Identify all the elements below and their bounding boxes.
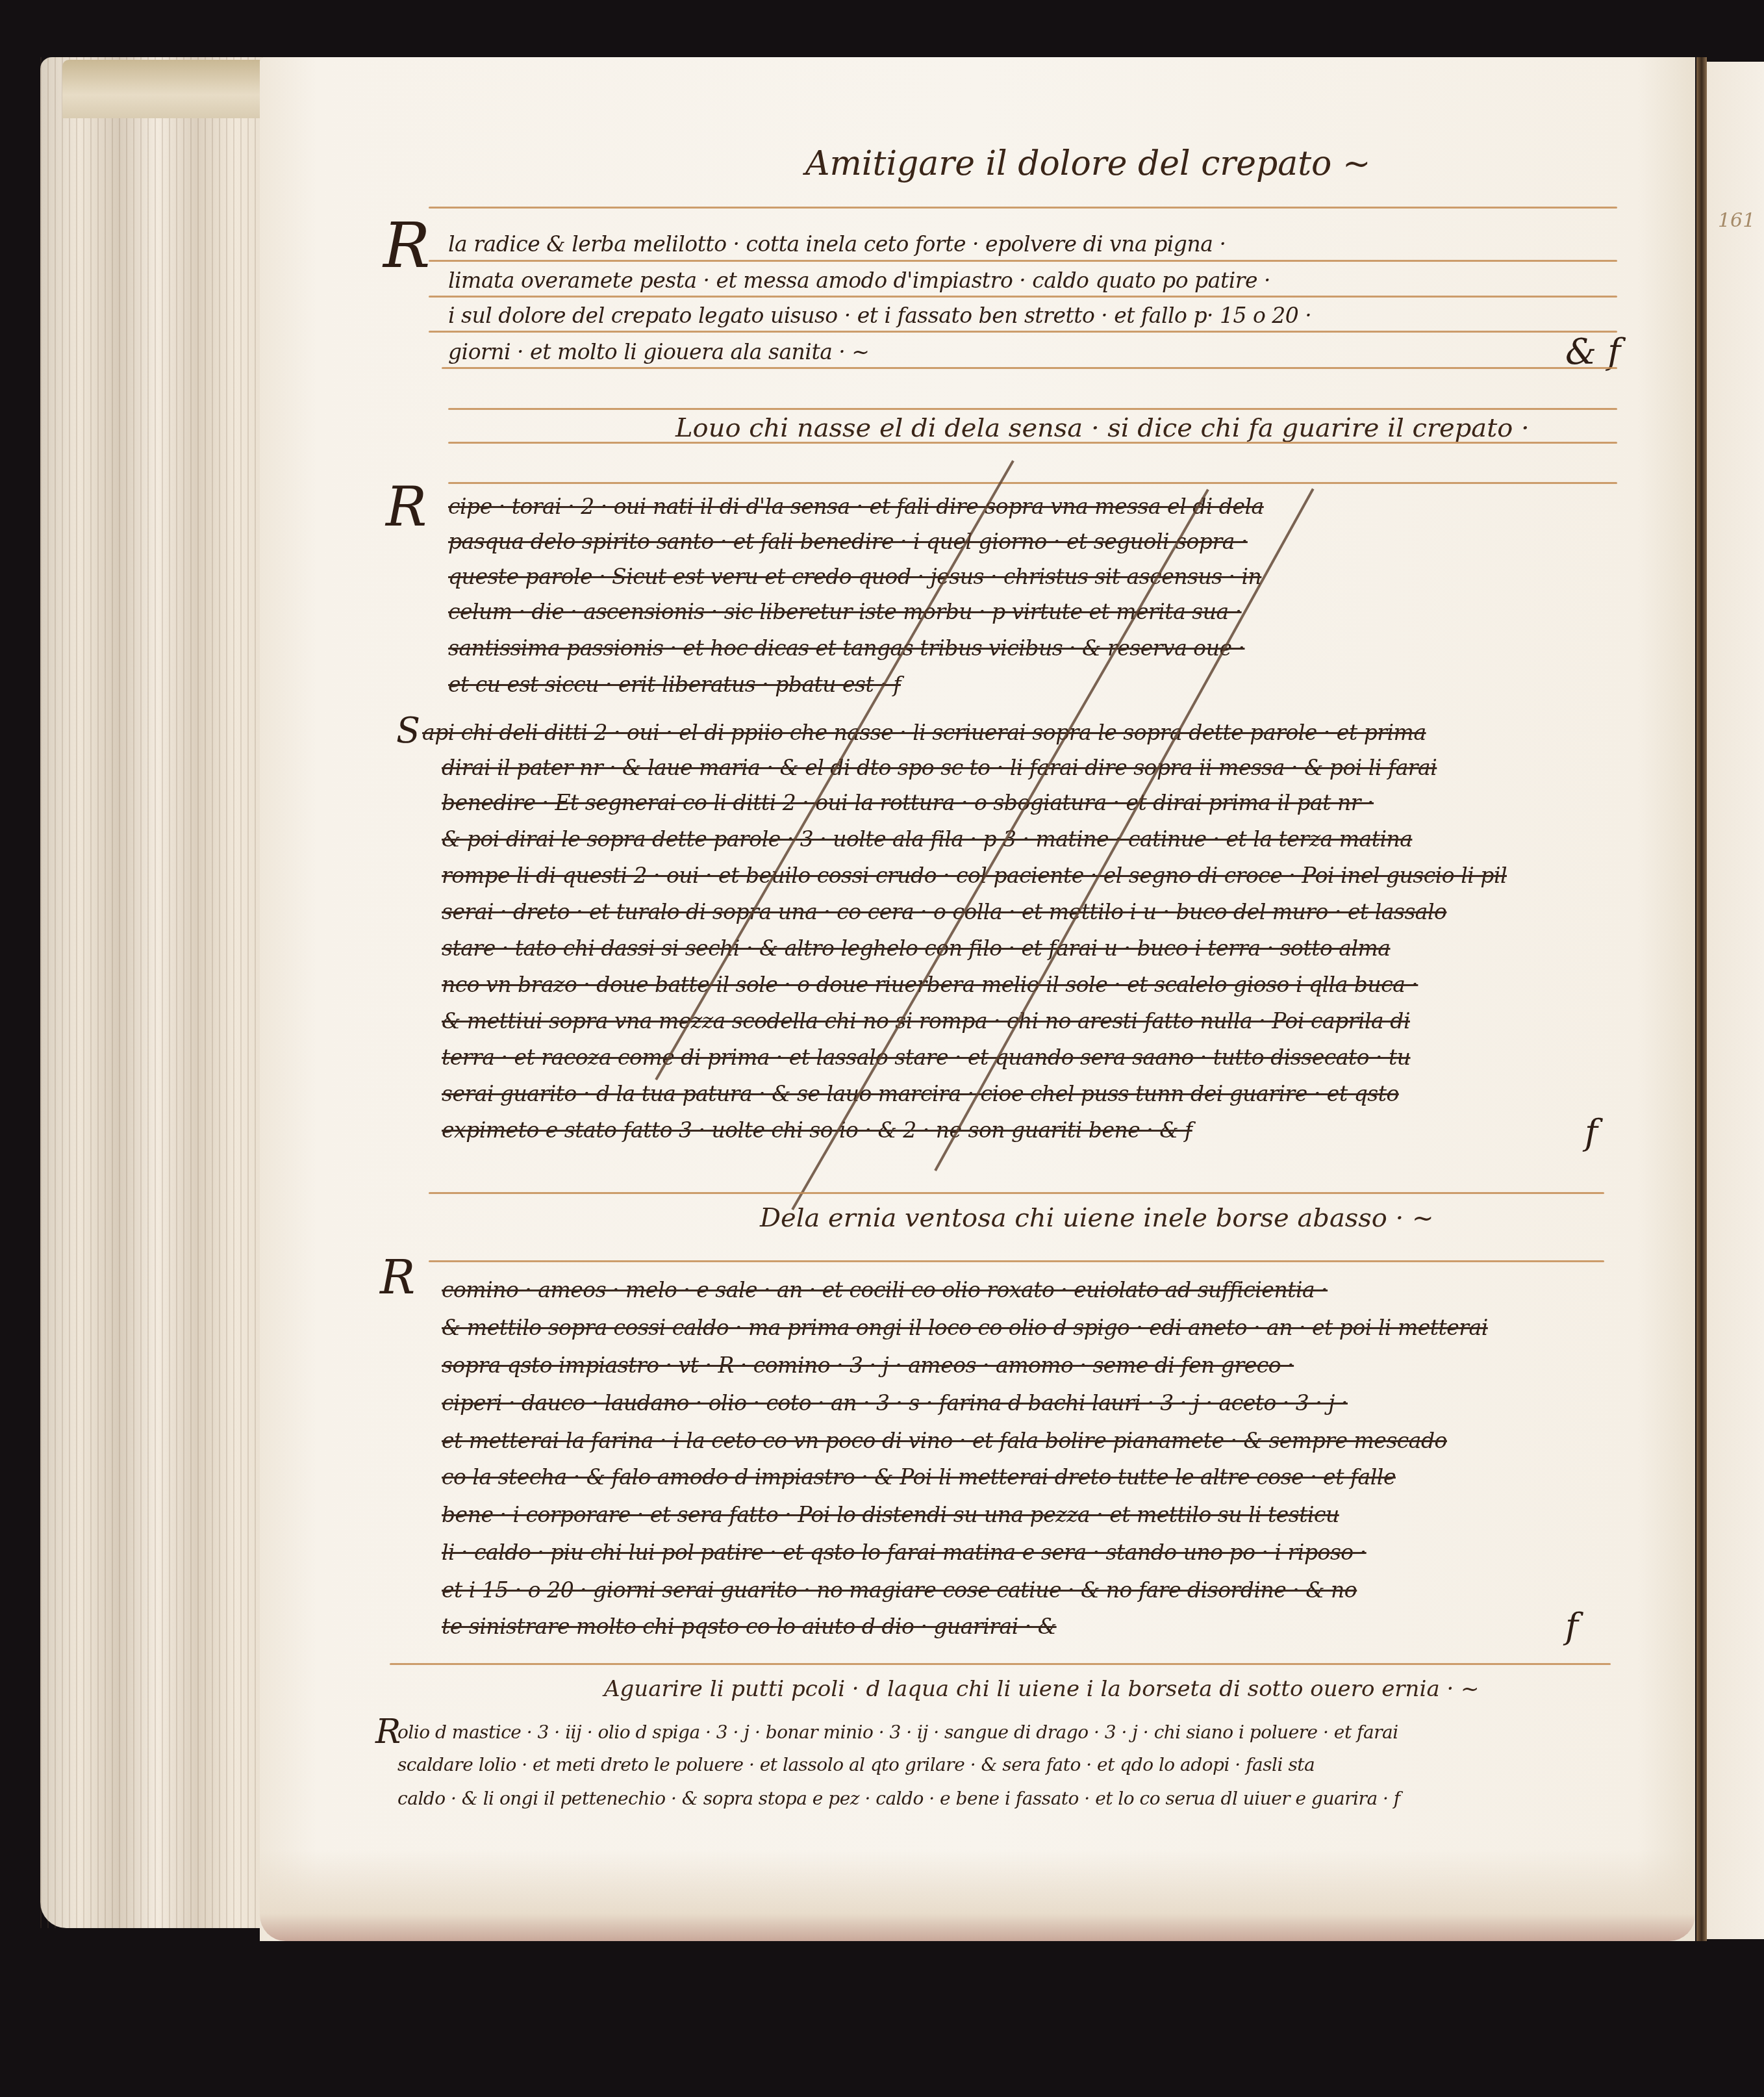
text-line: & mettiui sopra vna mezza scodella chi n… [442, 1008, 1410, 1034]
text-line: sopra qsto impiastro · vt · R · comino ·… [442, 1353, 1294, 1378]
ruled-line [390, 1663, 1611, 1665]
text-line: queste parole · Sicut est veru et credo … [448, 564, 1261, 589]
initial-letter: S [396, 713, 420, 748]
section-heading: Aguarire li putti pcoli · d laqua chi li… [604, 1676, 1480, 1702]
section-heading: Louo chi nasse el di dela sensa · si dic… [675, 413, 1530, 443]
section-heading: Dela ernia ventosa chi uiene inele borse… [760, 1203, 1434, 1233]
initial-letter: R [380, 1254, 415, 1301]
text-line: rompe li di questi 2 · oui · et beuilo c… [442, 863, 1507, 888]
text-line: cipe · torai · 2 · oui nati il di d'la s… [448, 494, 1264, 519]
initial-letter: R [383, 214, 430, 277]
ruled-line [429, 260, 1617, 262]
text-line: la radice & lerba melilotto · cotta inel… [448, 231, 1226, 257]
ruled-line [448, 442, 1617, 444]
text-line: comino · ameos · melo · e sale · an · et… [442, 1277, 1328, 1303]
ruled-line [429, 296, 1617, 298]
text-line: benedire · Et segnerai co li ditti 2 · o… [442, 790, 1374, 815]
text-line: giorni · et molto li giouera ala sanita … [448, 339, 869, 364]
initial-letter: R [386, 479, 427, 534]
ruled-line [429, 331, 1617, 333]
text-line: scaldare lolio · et meti dreto le poluer… [397, 1754, 1315, 1775]
text-line: ciperi · dauco · laudano · olio · coto ·… [442, 1390, 1348, 1416]
text-line: nco vn brazo · doue batte il sole · o do… [442, 972, 1418, 997]
book-gutter [1696, 57, 1707, 1941]
end-flourish: f [1585, 1112, 1598, 1153]
text-line: dirai il pater nr · & laue maria · & el … [442, 755, 1437, 780]
text-line: celum · die · ascensionis · sic liberetu… [448, 599, 1242, 624]
text-line: serai · dreto · et turalo di sopra una ·… [442, 899, 1446, 924]
text-line: i sul dolore del crepato legato uisuso ·… [448, 303, 1311, 328]
text-line: et cu est siccu · erit liberatus · pbatu… [448, 672, 901, 697]
text-line: olio d mastice · 3 · iij · olio d spiga … [397, 1722, 1398, 1743]
text-line: li · caldo · piu chi lui pol patire · et… [442, 1540, 1367, 1565]
facing-page-edge [1707, 62, 1764, 1939]
text-line: limata overamete pesta · et messa amodo … [448, 268, 1270, 293]
text-line: expimeto e stato fatto 3 · uolte chi so … [442, 1117, 1192, 1143]
text-line: caldo · & li ongi il pettenechio · & sop… [397, 1788, 1400, 1809]
text-line: santissima passionis · et hoc dicas et t… [448, 635, 1244, 661]
ruled-line [442, 367, 1617, 369]
text-line: & mettilo sopra cossi caldo · ma prima o… [442, 1315, 1488, 1340]
text-line: et metterai la farina · i la ceto co vn … [442, 1428, 1447, 1453]
ruled-line [448, 482, 1617, 484]
end-flourish: & f [1565, 331, 1620, 372]
end-flourish: f [1565, 1606, 1578, 1647]
text-line: te sinistrare molto chi pqsto co lo aiut… [442, 1614, 1057, 1639]
text-line: co la stecha · & falo amodo d impiastro … [442, 1464, 1396, 1490]
text-line: stare · tato chi dassi si sechi · & altr… [442, 935, 1391, 961]
text-line: serai guarito · d la tua patura · & se l… [442, 1081, 1399, 1106]
ruled-line [429, 1260, 1604, 1262]
folio-number: 161 [1718, 209, 1755, 232]
ruled-line [448, 408, 1617, 410]
text-line: bene · i corporare · et sera fatto · Poi… [442, 1502, 1339, 1527]
text-line: terra · et racoza come di prima · et las… [442, 1045, 1411, 1070]
ruled-line [429, 1192, 1604, 1194]
section-heading: Amitigare il dolore del crepato ~ [805, 144, 1371, 183]
text-line: pasqua delo spirito santo · et fali bene… [448, 529, 1248, 554]
ruled-line [429, 207, 1617, 209]
text-line: & poi dirai le sopra dette parole · 3 · … [442, 826, 1412, 852]
text-line: et i 15 · o 20 · giorni serai guarito · … [442, 1577, 1357, 1603]
text-line: api chi deli ditti 2 · oui · el di ppiio… [422, 720, 1426, 745]
